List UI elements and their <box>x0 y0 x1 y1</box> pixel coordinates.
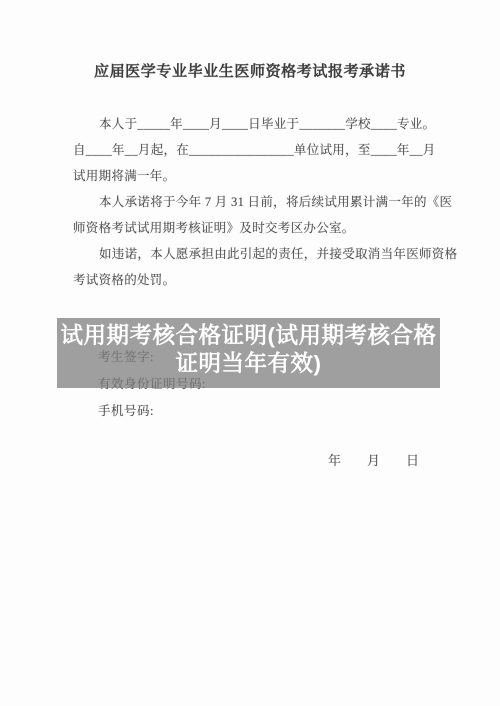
body-line-6: 如违诺，本人愿承担由此引起的责任，并接受取消当年医师资格 <box>73 241 443 267</box>
watermark-overlay: 试用期考核合格证明(试用期考核合格 证明当年有效) <box>57 318 440 388</box>
body-line-5: 师资格考试试用期考核证明》及时交考区办公室。 <box>73 215 443 241</box>
document-body: 本人于_____年____月____日毕业于_______学校____专业。 自… <box>73 111 443 293</box>
date-month-label: 月 <box>367 450 380 469</box>
body-line-7: 考试资格的处罚。 <box>73 267 443 293</box>
body-line-3: 试用期将满一年。 <box>73 163 443 189</box>
date-row: 年 月 日 <box>328 450 419 469</box>
watermark-text: 试用期考核合格证明(试用期考核合格 证明当年有效) <box>57 322 440 378</box>
body-line-2: 自____年__月起，在________________单位试用，至____年_… <box>73 137 443 163</box>
date-year-label: 年 <box>328 450 341 469</box>
body-line-4: 本人承诺将于今年 7 月 31 日前，将后续试用累计满一年的《医 <box>73 189 443 215</box>
body-line-1: 本人于_____年____月____日毕业于_______学校____专业。 <box>73 111 443 137</box>
scanned-document-page: 应届医学专业毕业生医师资格考试报考承诺书 本人于_____年____月____日… <box>0 0 500 706</box>
document-title: 应届医学专业毕业生医师资格考试报考承诺书 <box>0 60 500 81</box>
date-day-label: 日 <box>406 450 419 469</box>
phone-number-label: 手机号码: <box>98 398 206 425</box>
watermark-text-line-2: 证明当年有效) <box>57 350 440 378</box>
watermark-text-line-1: 试用期考核合格证明(试用期考核合格 <box>57 322 440 350</box>
